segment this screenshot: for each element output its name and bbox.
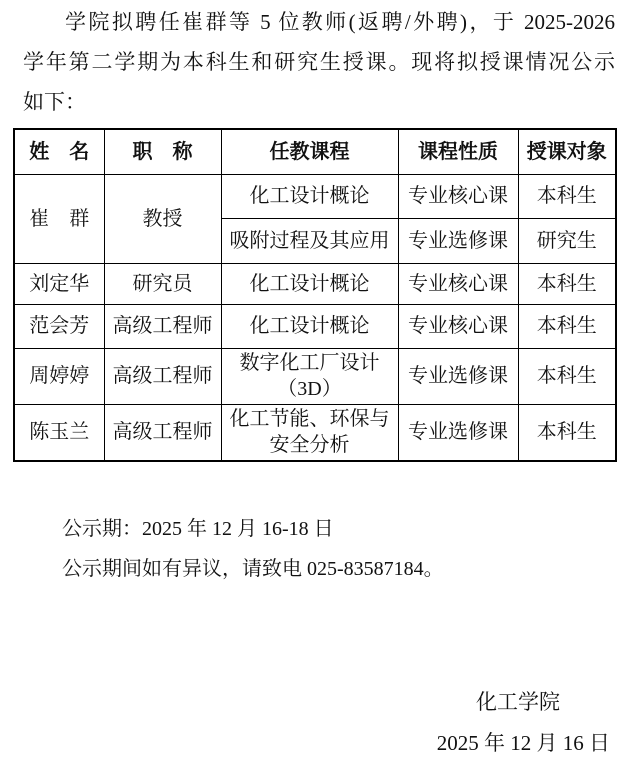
table-row: 周婷婷 高级工程师 数字化工厂设计 （3D） 专业选修课 本科生 xyxy=(14,348,616,404)
notice-block: 公示期：2025 年 12 月 16-18 日 公示期间如有异议，请致电 025… xyxy=(62,509,615,589)
intro-line-1: 学院拟聘任崔群等 5 位教师(返聘/外聘)，于 2025-2026 xyxy=(23,2,615,42)
cell-nature: 专业核心课 xyxy=(398,174,518,218)
cell-name: 范会芳 xyxy=(14,304,104,348)
col-header-name: 姓 名 xyxy=(14,129,104,174)
cell-name: 崔 群 xyxy=(14,174,104,263)
cell-nature: 专业选修课 xyxy=(398,404,518,461)
col-header-audience: 授课对象 xyxy=(518,129,616,174)
publicity-period-line: 公示期：2025 年 12 月 16-18 日 xyxy=(62,509,615,549)
signature-department: 化工学院 xyxy=(0,682,630,722)
intro-line-3: 如下： xyxy=(23,82,615,122)
cell-audience: 本科生 xyxy=(518,174,616,218)
table-header-row: 姓 名 职 称 任教课程 课程性质 授课对象 xyxy=(14,129,616,174)
cell-course: 化工设计概论 xyxy=(221,174,398,218)
cell-nature: 专业核心课 xyxy=(398,304,518,348)
cell-title: 研究员 xyxy=(104,263,221,304)
cell-audience: 本科生 xyxy=(518,404,616,461)
cell-nature: 专业核心课 xyxy=(398,263,518,304)
objection-contact-line: 公示期间如有异议，请致电 025-83587184。 xyxy=(62,549,615,589)
col-header-course: 任教课程 xyxy=(221,129,398,174)
cell-course: 化工设计概论 xyxy=(221,304,398,348)
cell-course: 化工设计概论 xyxy=(221,263,398,304)
cell-name: 刘定华 xyxy=(14,263,104,304)
intro-paragraph: 学院拟聘任崔群等 5 位教师(返聘/外聘)，于 2025-2026 学年第二学期… xyxy=(23,2,615,122)
signature-date: 2025 年 12 月 16 日 xyxy=(0,722,630,765)
cell-course: 化工节能、环保与 安全分析 xyxy=(221,404,398,461)
cell-audience: 本科生 xyxy=(518,348,616,404)
announcement-document: 学院拟聘任崔群等 5 位教师(返聘/外聘)，于 2025-2026 学年第二学期… xyxy=(0,0,630,766)
cell-nature: 专业选修课 xyxy=(398,218,518,263)
cell-course: 数字化工厂设计 （3D） xyxy=(221,348,398,404)
cell-name: 陈玉兰 xyxy=(14,404,104,461)
cell-name: 周婷婷 xyxy=(14,348,104,404)
cell-title: 高级工程师 xyxy=(104,404,221,461)
cell-title: 高级工程师 xyxy=(104,304,221,348)
cell-audience: 本科生 xyxy=(518,304,616,348)
cell-nature: 专业选修课 xyxy=(398,348,518,404)
col-header-title: 职 称 xyxy=(104,129,221,174)
cell-audience: 本科生 xyxy=(518,263,616,304)
cell-title: 教授 xyxy=(104,174,221,263)
table-row: 崔 群 教授 化工设计概论 专业核心课 本科生 xyxy=(14,174,616,218)
teaching-assignment-table: 姓 名 职 称 任教课程 课程性质 授课对象 崔 群 教授 化工设计概论 专业核… xyxy=(13,128,617,462)
table-row: 陈玉兰 高级工程师 化工节能、环保与 安全分析 专业选修课 本科生 xyxy=(14,404,616,461)
cell-course: 吸附过程及其应用 xyxy=(221,218,398,263)
cell-audience: 研究生 xyxy=(518,218,616,263)
table-row: 刘定华 研究员 化工设计概论 专业核心课 本科生 xyxy=(14,263,616,304)
col-header-nature: 课程性质 xyxy=(398,129,518,174)
cell-title: 高级工程师 xyxy=(104,348,221,404)
table-row: 范会芳 高级工程师 化工设计概论 专业核心课 本科生 xyxy=(14,304,616,348)
intro-line-2: 学年第二学期为本科生和研究生授课。现将拟授课情况公示 xyxy=(23,42,615,82)
